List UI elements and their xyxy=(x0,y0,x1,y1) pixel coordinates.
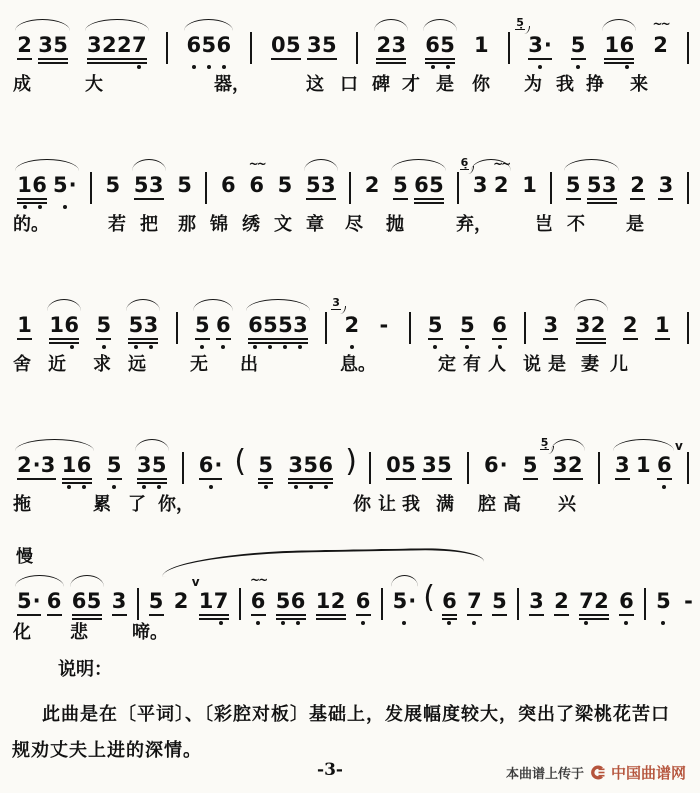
beam-group: 3 xyxy=(615,452,630,494)
low-octave-dot xyxy=(256,621,260,625)
beam-line xyxy=(425,62,455,64)
beam-line xyxy=(199,478,223,480)
note-number: 5 xyxy=(460,313,475,337)
note-number: 6 xyxy=(619,589,634,613)
slur-arc-unit: 35̣2 xyxy=(550,452,586,494)
note: 5 xyxy=(134,172,149,214)
note: 3 xyxy=(615,452,630,494)
lyric-syllable: 你 xyxy=(353,490,371,516)
beam-group: 3227 xyxy=(87,32,147,74)
beam-group: 5 xyxy=(523,452,538,494)
low-octave-dot xyxy=(431,65,435,69)
note-number: 5 xyxy=(571,33,586,57)
note: 3 xyxy=(87,32,102,74)
note-number: 5 xyxy=(53,173,68,197)
note-unit: 2 xyxy=(627,172,648,214)
slur-arc-unit: 553 xyxy=(563,172,620,214)
note-number: 1 xyxy=(655,313,670,337)
note: 5 xyxy=(278,312,293,354)
note: 5 xyxy=(322,32,337,74)
note: 6 xyxy=(619,32,634,74)
note: 1 xyxy=(604,32,619,74)
note: 1 xyxy=(474,32,489,74)
note: 5 xyxy=(263,312,278,354)
sheet-music-page: 23532276560535236513·5̣5162~~成大器，这口碑才是你为… xyxy=(0,0,700,793)
beam-group: 35 xyxy=(137,452,167,494)
note-number: 5 xyxy=(17,589,32,613)
note-unit: 6~~ xyxy=(248,588,269,630)
note-unit: 5 xyxy=(102,172,123,214)
note-number: 3 xyxy=(528,33,543,57)
beam-group: 32 xyxy=(576,312,606,354)
beam-line xyxy=(422,478,452,480)
lyric-syllable: 才 xyxy=(402,70,420,96)
note-number: 5 xyxy=(258,453,273,477)
slur-arc-unit: 56 xyxy=(192,312,234,354)
note: 2 xyxy=(568,452,583,494)
beam-group: 5 xyxy=(105,172,120,214)
beam-line xyxy=(587,202,617,204)
beam-group: 2 xyxy=(17,32,32,74)
note-number: 3 xyxy=(307,33,322,57)
augmentation-dot: · xyxy=(214,453,222,477)
slur-arc-unit: 35 xyxy=(134,452,170,494)
note: 1 xyxy=(316,588,331,630)
beam-group: 35 xyxy=(38,32,68,74)
note-unit: 3 xyxy=(655,172,676,214)
note: 3 xyxy=(529,588,544,630)
note: 5· xyxy=(53,172,77,214)
beam-group: 6 xyxy=(492,312,507,354)
upload-note-label: 本曲谱上传于 xyxy=(506,763,584,782)
note-number: 5 xyxy=(97,313,112,337)
note-number: 6 xyxy=(32,173,47,197)
note: 5 xyxy=(201,32,216,74)
mordent-icon: ~~ xyxy=(653,17,669,31)
note-unit: 5 xyxy=(174,172,195,214)
beam-group: 16 xyxy=(17,172,47,214)
beam-line xyxy=(276,614,306,616)
note: 2 xyxy=(365,172,380,214)
beam-line xyxy=(655,338,670,340)
note-unit: 6 xyxy=(439,588,460,630)
watermark: 本曲谱上传于 中国曲谱网 xyxy=(506,762,686,783)
slur-arc-unit: 36̣2~~ xyxy=(470,172,512,214)
beam-group: 35̣2 xyxy=(553,452,583,494)
beam-group: 53 xyxy=(134,172,164,214)
score-line-3: 11655356655323-55633221 xyxy=(12,294,694,354)
lyric-syllable: 若 xyxy=(108,210,126,236)
beam-group: 1 xyxy=(474,32,489,74)
beam-group: 5· xyxy=(393,588,417,630)
note-number: 2 xyxy=(568,453,583,477)
lyric-syllable: 是 xyxy=(626,210,644,236)
lyric-syllable: 求 xyxy=(93,350,111,376)
note-unit: 6· xyxy=(481,452,511,494)
note-unit: 6 xyxy=(616,588,637,630)
note: 2 xyxy=(102,32,117,74)
note-number: 5 xyxy=(286,33,301,57)
note-number: 5 xyxy=(87,589,102,613)
note-unit: 6 xyxy=(218,172,239,214)
note: 1 xyxy=(17,312,32,354)
beam-group: 6~~ xyxy=(251,588,266,630)
note-number: 2 xyxy=(117,33,132,57)
note: 6 xyxy=(77,452,92,494)
note: 5 xyxy=(195,312,210,354)
barline xyxy=(467,452,469,484)
note-number: 5 xyxy=(566,173,581,197)
note-number: 7 xyxy=(467,589,482,613)
note: 0 xyxy=(386,452,401,494)
note: 2 xyxy=(376,32,391,74)
low-octave-dot xyxy=(624,621,628,625)
mordent-icon: ~~ xyxy=(493,157,509,171)
beam-group: 56 xyxy=(276,588,306,630)
note: 5 xyxy=(276,588,291,630)
note-number: 1 xyxy=(62,453,77,477)
beam-line xyxy=(386,478,416,480)
slur-arc-unit: 53 xyxy=(125,312,161,354)
beam-group: 65 xyxy=(414,172,444,214)
note-number: 3 xyxy=(41,453,56,477)
beam-group: 1 xyxy=(655,312,670,354)
beam-group: 6 xyxy=(216,312,231,354)
beam-line xyxy=(543,338,558,340)
beam-line xyxy=(414,198,444,200)
note-number: 1 xyxy=(49,313,64,337)
note-number: 5 xyxy=(129,313,144,337)
note-number: 0 xyxy=(386,453,401,477)
beam-group: 5 xyxy=(566,172,581,214)
note: 5 xyxy=(105,172,120,214)
beam-line xyxy=(17,614,41,616)
beam-group: 2v xyxy=(174,588,189,630)
note-number: 3 xyxy=(38,33,53,57)
beam-group: 23 xyxy=(376,32,406,74)
note-unit: 5 xyxy=(568,32,589,74)
note: 6 xyxy=(425,32,440,74)
beam-group: 656 xyxy=(186,32,231,74)
beam-group: 5 xyxy=(177,172,192,214)
low-octave-dot xyxy=(82,485,86,489)
beam-group: 5 xyxy=(195,312,210,354)
note-unit: 5 xyxy=(653,588,674,630)
note: 6~~ xyxy=(251,588,266,630)
lyric-syllable: 舍 xyxy=(13,350,31,376)
beam-line xyxy=(623,338,638,340)
beam-group: 12 xyxy=(316,588,346,630)
low-octave-dot xyxy=(102,345,106,349)
beam-group: 2 xyxy=(365,172,380,214)
augmentation-dot: · xyxy=(544,33,552,57)
beam-line xyxy=(306,198,336,200)
beam-group: 5 xyxy=(277,172,292,214)
beam-group: 53 xyxy=(306,172,336,214)
beam-line xyxy=(199,618,229,620)
note-number: 5 xyxy=(303,453,318,477)
beam-group: 65 xyxy=(425,32,455,74)
parenthesis: ( xyxy=(234,449,246,475)
beam-group: 7 xyxy=(467,588,482,630)
note-number: 5 xyxy=(276,589,291,613)
beam-line xyxy=(619,614,634,616)
note: 6 xyxy=(248,312,263,354)
slur-arc-unit: 316v xyxy=(612,452,675,494)
note: 5 xyxy=(460,312,475,354)
lyric-syllable: 说 xyxy=(523,350,541,376)
note-unit: 5 xyxy=(425,312,446,354)
beam-group: 35 xyxy=(422,452,452,494)
note-number: 6 xyxy=(72,589,87,613)
site-name: 中国曲谱网 xyxy=(611,762,686,783)
page-number: -3- xyxy=(300,760,360,780)
barline xyxy=(205,172,207,204)
note-unit: 1 xyxy=(471,32,492,74)
site-logo-icon xyxy=(589,764,606,781)
beam-line xyxy=(72,614,102,616)
slur-arc-unit: 32 xyxy=(573,312,609,354)
breath-mark-icon: v xyxy=(192,575,200,589)
beam-group: 2 xyxy=(623,312,638,354)
note-number: 3 xyxy=(321,173,336,197)
note-number: 2 xyxy=(623,313,638,337)
note: 3 xyxy=(576,312,591,354)
lyric-syllable: 岂 xyxy=(535,210,553,236)
beam-line xyxy=(657,478,672,480)
note: 6 xyxy=(492,312,507,354)
note: 2 xyxy=(630,172,645,214)
beam-line xyxy=(587,198,617,200)
parenthesis: ( xyxy=(423,585,435,611)
note: 3 xyxy=(112,588,127,630)
explain-label: 说明： xyxy=(58,655,112,681)
beam-line xyxy=(316,614,346,616)
note: 1 xyxy=(636,452,651,494)
low-octave-dot xyxy=(23,205,27,209)
note-number: 7 xyxy=(214,589,229,613)
note: 2 xyxy=(331,588,346,630)
note-unit: 23 xyxy=(341,312,362,354)
beam-line xyxy=(630,198,645,200)
lyric-syllable: 锦 xyxy=(210,210,228,236)
beam-line xyxy=(248,338,308,340)
lyric-syllable: 文 xyxy=(274,210,292,236)
slur-arc-unit: 2·316 xyxy=(14,452,95,494)
note: 3 xyxy=(293,312,308,354)
note-number: 1 xyxy=(636,453,651,477)
beam-line xyxy=(576,342,606,344)
note: 2 xyxy=(623,312,638,354)
slur-arc-unit: 235 xyxy=(14,32,71,74)
note-number: 6 xyxy=(620,33,635,57)
note: 3 xyxy=(307,32,322,74)
note-number: 6 xyxy=(216,313,231,337)
low-octave-dot xyxy=(67,485,71,489)
beam-line xyxy=(276,618,306,620)
low-octave-dot xyxy=(157,485,161,489)
slur-arc-unit: 65 xyxy=(422,32,458,74)
low-octave-dot xyxy=(446,65,450,69)
beam-line xyxy=(17,58,32,60)
lyric-syllable: 成 xyxy=(13,70,31,96)
note: 1 xyxy=(17,172,32,214)
barline xyxy=(517,588,519,620)
lyric-syllable: 腔 xyxy=(478,490,496,516)
explanation-paragraph-line2: 规劝丈夫上进的深情。 xyxy=(12,736,202,762)
note: 5 xyxy=(128,312,143,354)
note-unit: 1 xyxy=(519,172,540,214)
note: 2 xyxy=(554,588,569,630)
lyric-syllable: 儿 xyxy=(610,350,628,376)
beam-group: 2~~ xyxy=(494,172,509,214)
notes-row: 23532276560535236513·5̣5162~~ xyxy=(12,14,694,74)
low-octave-dot xyxy=(264,485,268,489)
note-number: 5 xyxy=(429,173,444,197)
beam-group: 3 xyxy=(529,588,544,630)
beam-line xyxy=(579,614,609,616)
beam-line xyxy=(134,198,164,200)
low-octave-dot xyxy=(137,65,141,69)
barline xyxy=(687,312,689,344)
lyric-syllable: 绣 xyxy=(242,210,260,236)
beam-line xyxy=(579,618,609,620)
note: 2· xyxy=(17,452,41,494)
beam-line xyxy=(604,62,634,64)
beam-line xyxy=(288,482,333,484)
beam-group: 6 xyxy=(619,588,634,630)
beam-group: 5 xyxy=(107,452,122,494)
note-number: 6 xyxy=(251,589,266,613)
note: 5 xyxy=(437,452,452,494)
low-octave-dot xyxy=(309,485,313,489)
note-unit: 2v xyxy=(171,588,192,630)
note-number: 5 xyxy=(587,173,602,197)
beam-group: 1 xyxy=(636,452,651,494)
low-octave-dot xyxy=(465,345,469,349)
slur-arc-unit: 16 xyxy=(46,312,82,354)
lyric-syllable: 口 xyxy=(340,70,358,96)
score-line-5: 慢5·665352v176~~561265·(675327265-) xyxy=(12,570,694,630)
lyric-syllable: 化 xyxy=(13,618,31,644)
lyric-syllable: 让 xyxy=(378,490,396,516)
beam-group: 72 xyxy=(579,588,609,630)
beam-line xyxy=(425,58,455,60)
barline xyxy=(356,32,358,64)
lyric-syllable: 挣 xyxy=(586,70,604,96)
lyric-syllable: 弃， xyxy=(456,210,492,236)
augmentation-dot: · xyxy=(33,453,41,477)
note: 5 xyxy=(429,172,444,214)
note-unit: 5 xyxy=(274,172,295,214)
score-line-1: 23532276560535236513·5̣5162~~ xyxy=(12,14,694,74)
beam-group: 3 xyxy=(658,172,673,214)
beam-group: - xyxy=(681,588,696,630)
note-number: 6 xyxy=(216,33,231,57)
note-unit: 2 xyxy=(620,312,641,354)
beam-line xyxy=(460,338,475,340)
note: 5 xyxy=(258,452,273,494)
note: 5 xyxy=(440,32,455,74)
beam-line xyxy=(38,62,68,64)
low-octave-dot xyxy=(584,621,588,625)
beam-line xyxy=(376,58,406,60)
note: 5 xyxy=(401,452,416,494)
low-octave-dot xyxy=(433,345,437,349)
barline xyxy=(250,32,252,64)
note: 6~~ xyxy=(249,172,264,214)
note-number: 5 xyxy=(428,313,443,337)
beam-line xyxy=(17,202,47,204)
note-unit: 6~~ xyxy=(246,172,267,214)
explanation-paragraph-line1: 此曲是在〔平词〕、〔彩腔对板〕基础上，发展幅度较大，突出了梁桃花苦口 xyxy=(42,700,670,726)
note: 1 xyxy=(62,452,77,494)
lyric-syllable: 为 xyxy=(524,70,542,96)
note-number: 5 xyxy=(401,453,416,477)
barline xyxy=(325,312,327,344)
note-number: 1 xyxy=(17,173,32,197)
beam-line xyxy=(566,198,581,200)
lyric-syllable: 定 xyxy=(438,350,456,376)
beam-line xyxy=(62,478,92,480)
note: 3 xyxy=(658,172,673,214)
note-number: 3 xyxy=(137,453,152,477)
note-number: - xyxy=(380,313,389,337)
slur-arc-unit: 23 xyxy=(373,32,409,74)
lyric-syllable: 满 xyxy=(436,490,454,516)
note-unit: 5 xyxy=(93,312,114,354)
note: 6 xyxy=(216,312,231,354)
slur-arc-unit: 165· xyxy=(14,172,80,214)
note-number: 3 xyxy=(576,313,591,337)
note-number: 2 xyxy=(554,589,569,613)
note: 6 xyxy=(221,172,236,214)
note-number: 6 xyxy=(77,453,92,477)
notes-row: 2·3165356·(5356)05356·535̣2316v xyxy=(12,434,694,494)
note-number: 5 xyxy=(322,33,337,57)
note: 5 xyxy=(87,588,102,630)
low-octave-dot xyxy=(219,621,223,625)
low-octave-dot xyxy=(70,345,74,349)
note-number: 5 xyxy=(201,33,216,57)
note-number: 2 xyxy=(344,313,359,337)
beam-line xyxy=(137,478,167,480)
note-number: 2 xyxy=(653,33,668,57)
note: 1 xyxy=(49,312,64,354)
note-unit: 3 xyxy=(526,588,547,630)
note-number: 1 xyxy=(474,33,489,57)
note-number: 3 xyxy=(149,173,164,197)
beam-line xyxy=(96,338,111,340)
note-number: 5 xyxy=(152,453,167,477)
note: 5 xyxy=(306,172,321,214)
lyric-syllable: 啼。 xyxy=(132,618,168,644)
lyric-syllable: 悲 xyxy=(70,618,88,644)
low-octave-dot xyxy=(498,345,502,349)
beam-group: 3 xyxy=(543,312,558,354)
beam-group: 5 xyxy=(428,312,443,354)
low-octave-dot xyxy=(281,621,285,625)
note: 7 xyxy=(467,588,482,630)
note-number: 6 xyxy=(356,589,371,613)
breath-mark-icon: v xyxy=(675,439,683,453)
beam-line xyxy=(523,478,538,480)
beam-group: 23 xyxy=(344,312,359,354)
note-number: 2 xyxy=(17,33,32,57)
beam-group: 2·3 xyxy=(17,452,56,494)
beam-line xyxy=(376,62,406,64)
note-number: 6 xyxy=(186,33,201,57)
